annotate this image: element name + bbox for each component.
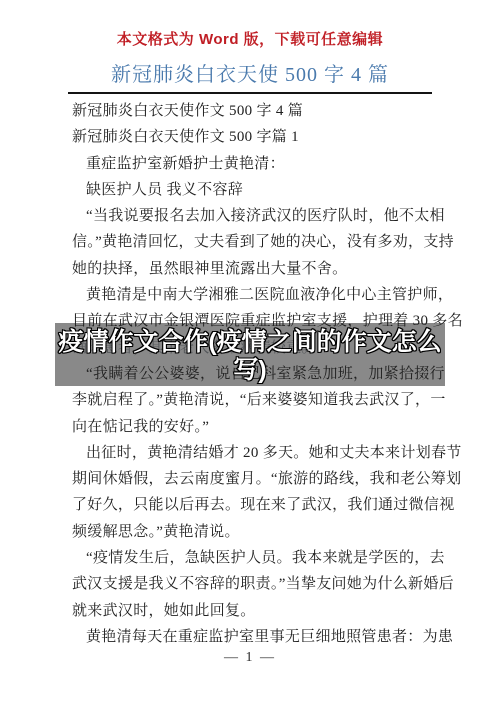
watermark-line-1: 疫情作文合作(疫情之间的作文怎么 — [58, 328, 441, 356]
body-line: 重症监护室新婚护士黄艳清： — [72, 151, 432, 177]
body-line: 期间休婚假，去云南度蜜月。“旅游的路线，我和老公筹划 — [72, 466, 432, 492]
body-line: 出征时，黄艳清结婚才 20 多天。她和丈夫本来计划春节 — [72, 440, 432, 466]
title-divider-rule — [68, 92, 432, 94]
body-line: 黄艳清每天在重症监护室里事无巨细地照管患者：为患 — [72, 624, 432, 650]
watermark-line-2: 写) — [233, 356, 266, 384]
body-line: 新冠肺炎白衣天使作文 500 字 4 篇 — [72, 98, 432, 124]
body-line: 了好久，只能以后再去。现在来了武汉，我们通过微信视 — [72, 492, 432, 518]
body-line: 黄艳清是中南大学湘雅二医院血液净化中心主管护师， — [72, 282, 432, 308]
body-line: “当我说要报名去加入接济武汉的医疗队时，他不太相 — [72, 203, 432, 229]
body-line: 她的抉择，虽然眼神里流露出大量不舍。 — [72, 256, 432, 282]
body-line: 李就启程了。”黄艳清说，“后来婆婆知道我去武汉了，一 — [72, 387, 432, 413]
body-line: 就来武汉时，她如此回复。 — [72, 598, 432, 624]
document-title: 新冠肺炎白衣天使 500 字 4 篇 — [0, 58, 500, 87]
page-number: — 1 — — [0, 650, 500, 666]
body-line: “疫情发生后，急缺医护人员。我本来就是学医的，去 — [72, 545, 432, 571]
body-line: 缺医护人员 我义不容辞 — [72, 177, 432, 203]
watermark-overlay-text: 疫情作文合作(疫情之间的作文怎么 写) — [55, 324, 445, 387]
body-line: 频缓解思念。”黄艳清说。 — [72, 519, 432, 545]
document-page: 本文格式为 Word 版，下载可任意编辑 新冠肺炎白衣天使 500 字 4 篇 … — [0, 0, 500, 707]
body-line: 信。”黄艳清回忆，丈夫看到了她的决心，没有多劝，支持 — [72, 229, 432, 255]
body-line: 武汉支援是我义不容辞的职责。”当挚友问她为什么新婚后 — [72, 571, 432, 597]
body-line: 新冠肺炎白衣天使作文 500 字篇 1 — [72, 124, 432, 150]
body-line: 向在惦记我的安好。” — [72, 414, 432, 440]
word-format-banner: 本文格式为 Word 版，下载可任意编辑 — [0, 28, 500, 49]
